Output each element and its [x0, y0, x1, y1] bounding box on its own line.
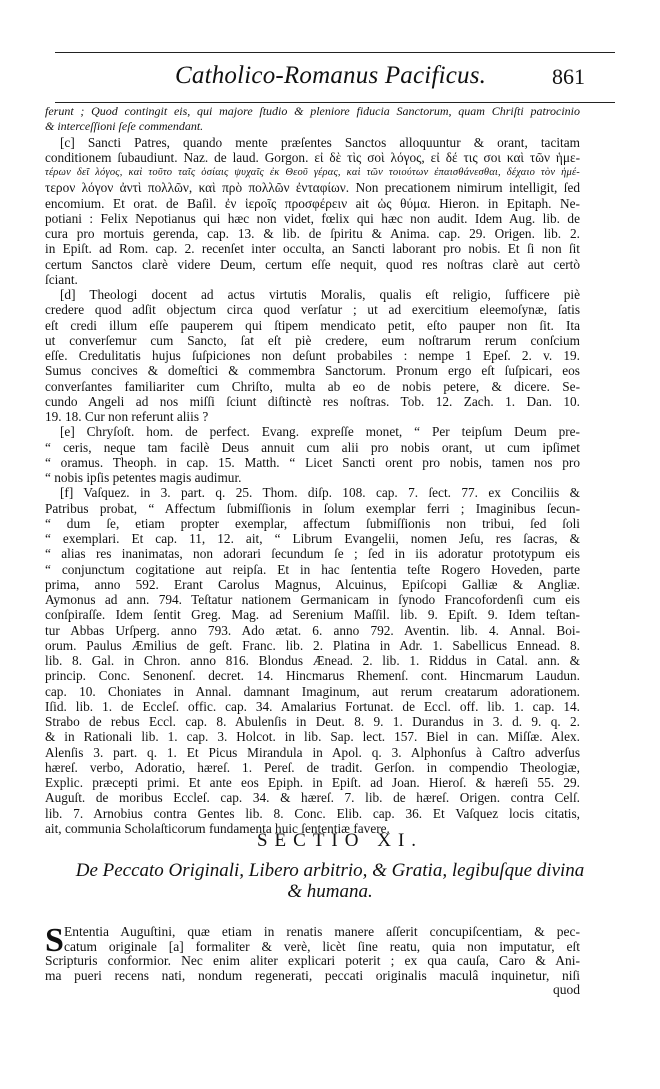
note-line: eſt credi illum eſſe pauperem qui ſtipem…	[45, 318, 580, 333]
note-line: cura pro mortuis gerenda, cap. 13. & lib…	[45, 226, 580, 241]
paragraph-line: Ententia Auguſtini, quæ etiam in renatis…	[45, 925, 580, 940]
note-line: Auguſt. de moribus Eccleſ. cap. 34. & hæ…	[45, 790, 580, 805]
note-line: lib. 7. Arnobius contra Gentes lib. 8. C…	[45, 806, 580, 821]
note-line: & in Rationali lib. 1. cap. 3. Holcot. i…	[45, 729, 580, 744]
page-number: 861	[552, 64, 585, 90]
note-line: cap. 10. Choniates in Annal. damnant Ima…	[45, 684, 580, 699]
note-line: Patribus probat, “ Affectum ſubmiſſionis…	[45, 501, 580, 516]
note-e-start: [e] Chryſoſt. hom. de perfect. Evang. ex…	[45, 424, 580, 439]
note-line: ferunt ; Quod contingit eis, qui majore …	[45, 104, 580, 119]
running-title: Catholico-Romanus Pacificus.	[175, 62, 486, 90]
note-line: τερον λόγον ἀντὶ πολλῶν, καὶ πρὸ πολλῶν …	[45, 180, 580, 195]
paragraph-line: catum originale [a] formaliter & verè, l…	[45, 940, 580, 955]
greek-quote-line: τέρων δεῖ λόγος, καὶ τοῦτο ταῖς ὁσίαις ψ…	[45, 165, 580, 180]
section-heading: SECTIO XI.	[0, 830, 660, 852]
catchword: quod	[45, 983, 580, 998]
note-line: & interceſſioni ſeſe commendant.	[45, 119, 580, 134]
header-rule-bottom	[55, 102, 615, 103]
note-line: princip. Conc. Senonenſ. decret. 14. Hin…	[45, 668, 580, 683]
note-line: Iſid. lib. 1. de Eccleſ. offic. cap. 34.…	[45, 699, 580, 714]
note-line: converſantes familiariter cum Chriſto, m…	[45, 379, 580, 394]
section-subtitle: De Peccato Originali, Libero arbitrio, &…	[0, 860, 660, 902]
note-line: 19. 18. Cur non referunt aliis ?	[45, 409, 580, 424]
note-line: Sumus concives & domeſtici & commembra S…	[45, 363, 580, 378]
footnotes-block: ferunt ; Quod contingit eis, qui majore …	[45, 104, 580, 836]
note-line: eſſe. Credulitatis hujus ſuſpiciones non…	[45, 348, 580, 363]
note-line: credere quod adſit objectum circa quod v…	[45, 302, 580, 317]
note-line: “ ceris, neque tam facilè Deus annuit cu…	[45, 440, 580, 455]
note-line: prima, anno 592. Erant Carolus Magnus, A…	[45, 577, 580, 592]
section-subtitle-line: De Peccato Originali, Libero arbitrio, &…	[0, 860, 660, 881]
note-line: ut converſemur cum Sancto, ſat eſt piè c…	[45, 333, 580, 348]
section-title: SECTIO XI.	[257, 830, 423, 851]
note-line: in Epiſt. ad Rom. cap. 2. recenſet inter…	[45, 241, 580, 256]
note-line: Explic. præcepti primi. Et ante eos Epip…	[45, 775, 580, 790]
note-f-start: [f] Vaſquez. in 3. part. q. 25. Thom. di…	[45, 485, 580, 500]
section-paragraph: S Ententia Auguſtini, quæ etiam in renat…	[45, 925, 580, 998]
section-subtitle-line: & humana.	[0, 881, 660, 902]
note-line: encomium. Et orat. de Baſil. ἐν ἱεροῖς π…	[45, 196, 580, 211]
note-line: cundo Angeli ad nos miſſi ſciunt diſtinc…	[45, 394, 580, 409]
note-line: conſpiraſſe. Idem ſentit Greg. Mag. ad S…	[45, 607, 580, 622]
note-line: hæreſ. verbo, Adoratio, hæreſ. 1. Pereſ.…	[45, 760, 580, 775]
note-line: potiani : Felix Nepotianus qui hæc non v…	[45, 211, 580, 226]
note-line: “ conjunctum cogitatione aut reipſa. Et …	[45, 562, 580, 577]
note-line: orum. Paulus Æmilius de geſt. Franc. lib…	[45, 638, 580, 653]
note-line: “ exemplari. Et cap. 11, 12. ait, “ Libr…	[45, 531, 580, 546]
note-line: Strabo de rebus Eccl. cap. 8. Abulenſis …	[45, 714, 580, 729]
note-line: ſciant.	[45, 272, 580, 287]
note-line: “ oramus. Theoph. in cap. 15. Matth. “ L…	[45, 455, 580, 470]
note-line: Alenſis 3. part. q. 1. Et Picus Mirandul…	[45, 745, 580, 760]
note-c-start: [c] Sancti Patres, quando mente præſente…	[45, 135, 580, 150]
paragraph-line: Scripturis conformior. Nec enim aliter e…	[45, 954, 580, 969]
note-line: Aymonus ad ann. 794. Teſtatur nationem G…	[45, 592, 580, 607]
note-d-start: [d] Theologi docent ad actus virtutis Mo…	[45, 287, 580, 302]
note-line: conditionem ſubaudiunt. Naz. de laud. Go…	[45, 150, 580, 165]
note-line: “ nobis ipſis petentes magis audimur.	[45, 470, 580, 485]
note-line: “ dum ſe, etiam propter exemplar, affect…	[45, 516, 580, 531]
note-line: certum Sanctos clarè videre Deum, certum…	[45, 257, 580, 272]
running-head: Catholico-Romanus Pacificus. 861	[0, 58, 660, 98]
note-line: tur Abbas Urſperg. anno 793. Ado ætat. 6…	[45, 623, 580, 638]
note-line: lib. 8. Gal. in Chron. anno 816. Blondus…	[45, 653, 580, 668]
paragraph-line: ma pueri recens nati, nondum regenerati,…	[45, 969, 580, 984]
note-line: “ alias res inanimatas, non adorari ſecu…	[45, 546, 580, 561]
header-rule-top	[55, 52, 615, 53]
drop-cap: S	[45, 926, 64, 956]
